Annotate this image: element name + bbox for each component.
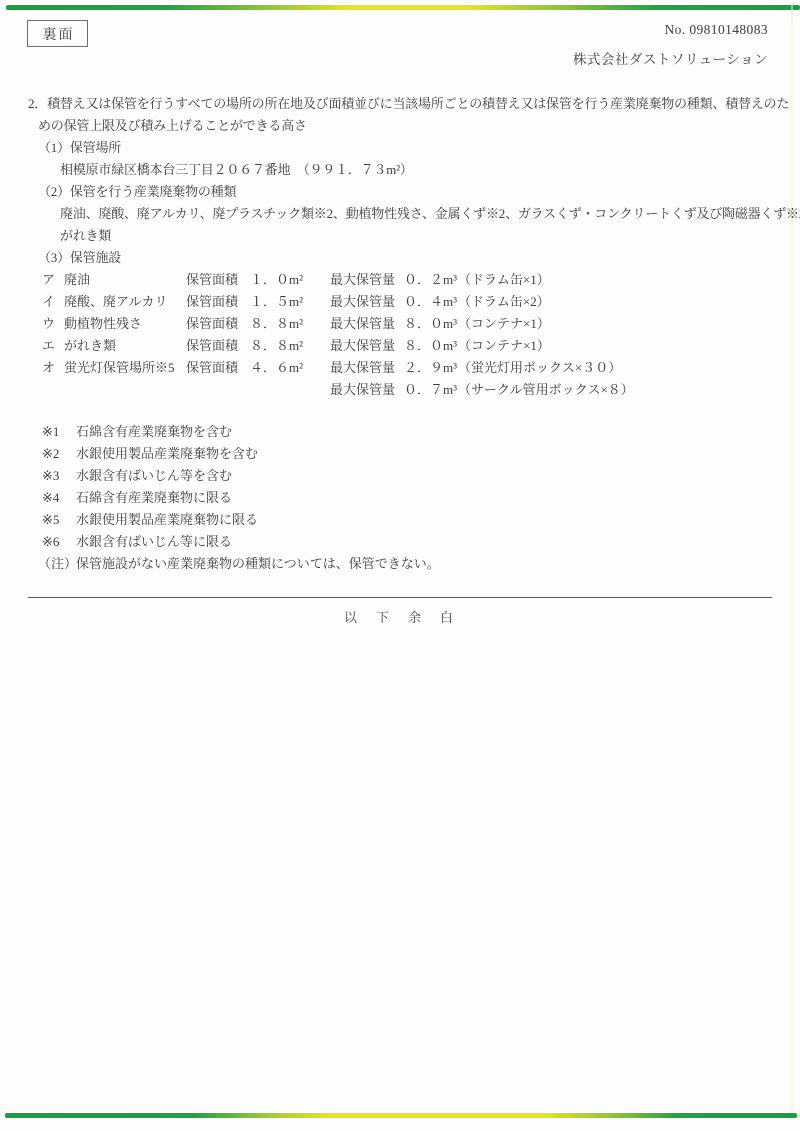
- document-number: No. 09810148083: [665, 22, 769, 38]
- facility-name: がれき類: [64, 338, 186, 354]
- max-qty-label: 最大保管量: [330, 382, 404, 398]
- note-text: 水銀含有ばいじん等を含む: [76, 468, 232, 484]
- facility-row: イ 廃酸、廃アルカリ 保管面積 １．５m² 最大保管量 ０．４m³ （ドラム缶×…: [0, 294, 800, 310]
- max-qty-value: ０．２m³: [404, 272, 458, 288]
- note-row: ※4 石綿含有産業廃棄物に限る: [0, 490, 232, 506]
- area-value: ４．６m²: [250, 360, 330, 376]
- max-qty-label: 最大保管量: [330, 360, 404, 376]
- facility-marker: ア: [42, 272, 64, 288]
- max-qty-value: ８．０m³: [404, 338, 458, 354]
- max-qty-value: ２．９m³: [404, 360, 458, 376]
- facility-row: ウ 動植物性残さ 保管面積 ８．８m² 最大保管量 ８．０m³ （コンテナ×1）: [0, 316, 800, 332]
- back-side-label: 裏面: [41, 24, 75, 44]
- note-mark: ※2: [42, 446, 76, 462]
- note-text: 水銀含有ばいじん等に限る: [76, 534, 232, 550]
- area-label: 保管面積: [186, 316, 250, 332]
- area-label: [186, 382, 250, 398]
- facility-row: 最大保管量 ０．７m³ （サークル管用ボックス×８）: [0, 382, 800, 398]
- waste-types-label: （2）保管を行う産業廃棄物の種類: [38, 184, 236, 200]
- top-accent-bar: [6, 5, 800, 10]
- storage-location-address: 相模原市緑区橋本台三丁目２０６７番地 （９９１．７３m²）: [60, 162, 413, 178]
- facility-name: 動植物性残さ: [64, 316, 186, 332]
- area-value: １．０m²: [250, 272, 330, 288]
- note-row: ※1 石綿含有産業廃棄物を含む: [0, 424, 232, 440]
- note-text: 水銀使用製品産業廃棄物を含む: [76, 446, 258, 462]
- area-value: [250, 382, 330, 398]
- max-qty-value: ８．０m³: [404, 316, 458, 332]
- note-row: ※6 水銀含有ばいじん等に限る: [0, 534, 232, 550]
- facility-name: [64, 382, 186, 398]
- max-qty-value: ０．４m³: [404, 294, 458, 310]
- container-note: （コンテナ×1）: [458, 316, 800, 332]
- section-divider: [28, 597, 772, 598]
- storage-location-label: （1）保管場所: [38, 140, 121, 156]
- note-text: 水銀使用製品産業廃棄物に限る: [76, 512, 258, 528]
- container-note: （蛍光灯用ボックス×３０）: [458, 360, 800, 376]
- facility-name: 廃酸、廃アルカリ: [64, 294, 186, 310]
- area-label: 保管面積: [186, 338, 250, 354]
- note-mark: ※6: [42, 534, 76, 550]
- note-text: 石綿含有産業廃棄物に限る: [76, 490, 232, 506]
- note-mark: ※3: [42, 468, 76, 484]
- container-note: （ドラム缶×2）: [458, 294, 800, 310]
- company-name: 株式会社ダストソリューション: [573, 48, 768, 68]
- max-qty-label: 最大保管量: [330, 294, 404, 310]
- facility-row: オ 蛍光灯保管場所※5 保管面積 ４．６m² 最大保管量 ２．９m³ （蛍光灯用…: [0, 360, 800, 376]
- facility-marker: イ: [42, 294, 64, 310]
- container-note: （コンテナ×1）: [458, 338, 800, 354]
- caution-mark: （注）: [38, 556, 76, 572]
- scan-edge-artifact: [791, 4, 793, 1121]
- area-value: ８．８m²: [250, 338, 330, 354]
- note-mark: ※1: [42, 424, 76, 440]
- facility-name: 蛍光灯保管場所※5: [64, 360, 186, 376]
- facility-marker: ウ: [42, 316, 64, 332]
- storage-facility-label: （3）保管施設: [38, 250, 121, 266]
- note-row: ※5 水銀使用製品産業廃棄物に限る: [0, 512, 258, 528]
- container-note: （サークル管用ボックス×８）: [458, 382, 800, 398]
- note-row: ※3 水銀含有ばいじん等を含む: [0, 468, 232, 484]
- waste-types-line1: 廃油、廃酸、廃アルカリ、廃プラスチック類※2、動植物性残さ、金属くず※2、ガラス…: [60, 206, 800, 222]
- note-mark: ※5: [42, 512, 76, 528]
- facility-marker: オ: [42, 360, 64, 376]
- max-qty-value: ０．７m³: [404, 382, 458, 398]
- note-mark: ※4: [42, 490, 76, 506]
- remainder-blank-text: 以 下 余 白: [0, 607, 800, 626]
- facility-row: エ がれき類 保管面積 ８．８m² 最大保管量 ８．０m³ （コンテナ×1）: [0, 338, 800, 354]
- section-heading-line2: めの保管上限及び積み上げることができる高さ: [38, 118, 307, 134]
- note-row: ※2 水銀使用製品産業廃棄物を含む: [0, 446, 258, 462]
- facility-row: ア 廃油 保管面積 １．０m² 最大保管量 ０．２m³ （ドラム缶×1）: [0, 272, 800, 288]
- area-label: 保管面積: [186, 294, 250, 310]
- caution-row: （注） 保管施設がない産業廃棄物の種類については、保管できない。: [0, 556, 440, 572]
- area-value: １．５m²: [250, 294, 330, 310]
- note-text: 石綿含有産業廃棄物を含む: [76, 424, 232, 440]
- document-page: 裏面 No. 09810148083 株式会社ダストソリューション 2．積替え又…: [0, 0, 800, 1131]
- max-qty-label: 最大保管量: [330, 316, 404, 332]
- facility-marker: [42, 382, 64, 398]
- section-heading-line1: 2．積替え又は保管を行うすべての場所の所在地及び面積並びに当該場所ごとの積替え又…: [28, 96, 789, 112]
- bottom-accent-bar: [5, 1113, 797, 1118]
- area-label: 保管面積: [186, 272, 250, 288]
- container-note: （ドラム缶×1）: [458, 272, 800, 288]
- facility-name: 廃油: [64, 272, 186, 288]
- facility-marker: エ: [42, 338, 64, 354]
- caution-text: 保管施設がない産業廃棄物の種類については、保管できない。: [76, 556, 440, 572]
- back-side-label-box: 裏面: [27, 20, 88, 47]
- max-qty-label: 最大保管量: [330, 338, 404, 354]
- area-value: ８．８m²: [250, 316, 330, 332]
- area-label: 保管面積: [186, 360, 250, 376]
- max-qty-label: 最大保管量: [330, 272, 404, 288]
- waste-types-line2: がれき類: [60, 228, 111, 244]
